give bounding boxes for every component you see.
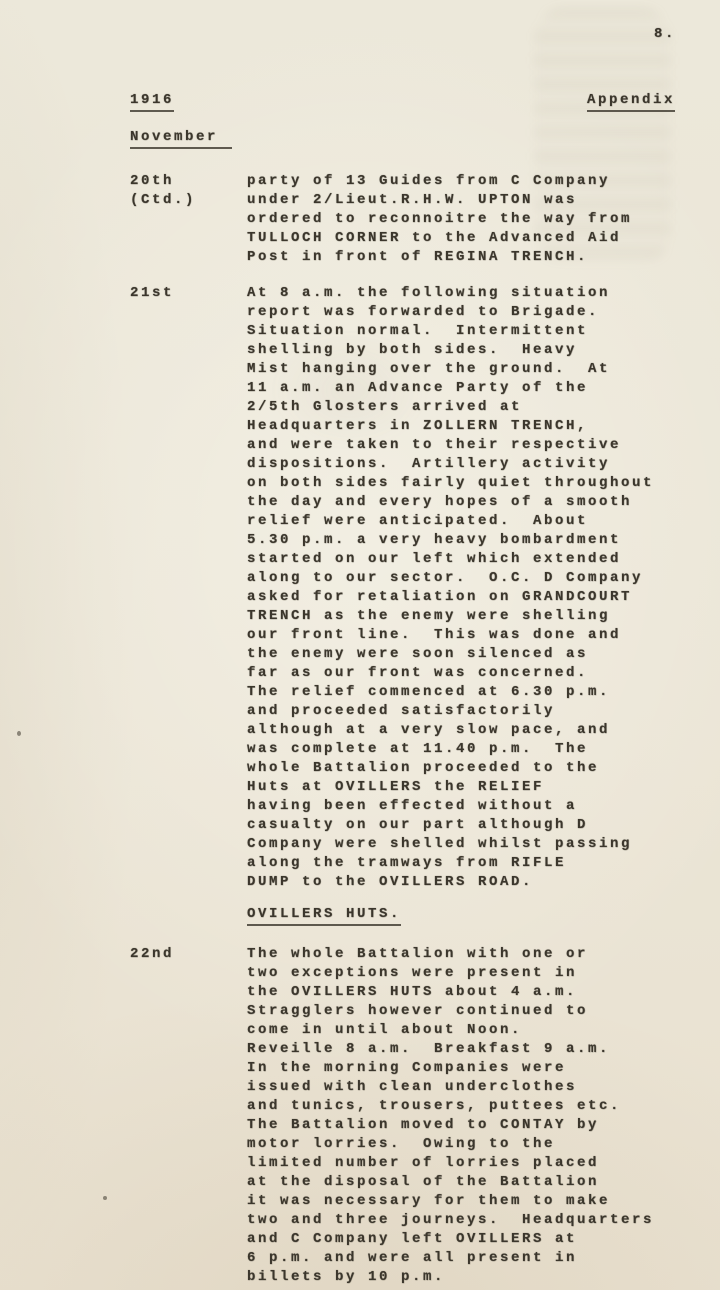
year-heading: 1916 bbox=[130, 92, 174, 112]
entry-text-line: Headquarters in ZOLLERN TRENCH, bbox=[247, 417, 675, 436]
page-content: 1916 Appendix November 20th(Ctd.) party … bbox=[130, 0, 675, 1287]
entry-body-column: At 8 a.m. the following situationreport … bbox=[247, 284, 675, 892]
entry-text-line: under 2/Lieut.R.H.W. UPTON was bbox=[247, 191, 675, 210]
entry-text-line: Reveille 8 a.m. Breakfast 9 a.m. bbox=[247, 1040, 675, 1059]
entry-text-line: 6 p.m. and were all present in bbox=[247, 1249, 675, 1268]
scanned-diary-page: 8. 1916 Appendix November 20th(Ctd.) par… bbox=[0, 0, 720, 1290]
entry-text-line: dispositions. Artillery activity bbox=[247, 455, 675, 474]
entry-text-line: The whole Battalion with one or bbox=[247, 945, 675, 964]
entry-text-line: our front line. This was done and bbox=[247, 626, 675, 645]
entry-text-line: 11 a.m. an Advance Party of the bbox=[247, 379, 675, 398]
entry-date-line: 22nd bbox=[130, 945, 247, 964]
entry-text-line: The Battalion moved to CONTAY by bbox=[247, 1116, 675, 1135]
entry-date-column: 20th(Ctd.) bbox=[130, 172, 247, 267]
location-subheading: OVILLERS HUTS. bbox=[247, 906, 401, 926]
entry-text-line: relief were anticipated. About bbox=[247, 512, 675, 531]
entry-date-line: 21st bbox=[130, 284, 247, 303]
entry-text-line: along to our sector. O.C. D Company bbox=[247, 569, 675, 588]
entry-text-line: ordered to reconnoitre the way from bbox=[247, 210, 675, 229]
subheading-row: OVILLERS HUTS. bbox=[130, 906, 675, 927]
entry-text-line: party of 13 Guides from C Company bbox=[247, 172, 675, 191]
entry-text-line: Company were shelled whilst passing bbox=[247, 835, 675, 854]
entry-text-line: asked for retaliation on GRANDCOURT bbox=[247, 588, 675, 607]
entry-text-line: and C Company left OVILLERS at bbox=[247, 1230, 675, 1249]
entry-text-line: shelling by both sides. Heavy bbox=[247, 341, 675, 360]
entry-text-line: billets by 10 p.m. bbox=[247, 1268, 675, 1287]
entry-text-line: issued with clean underclothes bbox=[247, 1078, 675, 1097]
diary-entries: 20th(Ctd.) party of 13 Guides from C Com… bbox=[130, 172, 675, 1287]
entry-text-line: two and three journeys. Headquarters bbox=[247, 1211, 675, 1230]
entry-date-line: 20th bbox=[130, 172, 247, 191]
entry-text-line: DUMP to the OVILLERS ROAD. bbox=[247, 873, 675, 892]
entry-text-line: on both sides fairly quiet throughout bbox=[247, 474, 675, 493]
entry-body-column: OVILLERS HUTS. bbox=[247, 906, 675, 927]
entry-body-column: The whole Battalion with one ortwo excep… bbox=[247, 945, 675, 1287]
entry-text-line: the enemy were soon silenced as bbox=[247, 645, 675, 664]
entry-text-line: started on our left which extended bbox=[247, 550, 675, 569]
entry-text-line: Stragglers however continued to bbox=[247, 1002, 675, 1021]
entry-text-line: report was forwarded to Brigade. bbox=[247, 303, 675, 322]
entry-text-line: the OVILLERS HUTS about 4 a.m. bbox=[247, 983, 675, 1002]
entry-date-column-empty bbox=[130, 906, 247, 927]
entry-text-line: In the morning Companies were bbox=[247, 1059, 675, 1078]
entry-text-line: and were taken to their respective bbox=[247, 436, 675, 455]
entry-date-line: (Ctd.) bbox=[130, 191, 247, 210]
entry-text-line: was complete at 11.40 p.m. The bbox=[247, 740, 675, 759]
month-heading: November bbox=[130, 129, 232, 149]
entry-text-line: along the tramways from RIFLE bbox=[247, 854, 675, 873]
entry-text-line: TULLOCH CORNER to the Advanced Aid bbox=[247, 229, 675, 248]
header-row: 1916 Appendix bbox=[130, 92, 675, 112]
entry-text-line: limited number of lorries placed bbox=[247, 1154, 675, 1173]
entry-text-line: TRENCH as the enemy were shelling bbox=[247, 607, 675, 626]
ink-speck bbox=[17, 731, 21, 736]
entry-text-line: whole Battalion proceeded to the bbox=[247, 759, 675, 778]
appendix-heading: Appendix bbox=[587, 92, 675, 112]
entry-text-line: far as our front was concerned. bbox=[247, 664, 675, 683]
entry-text-line: Situation normal. Intermittent bbox=[247, 322, 675, 341]
entry-text-line: 2/5th Glosters arrived at bbox=[247, 398, 675, 417]
diary-entry: 21st At 8 a.m. the following situationre… bbox=[130, 284, 675, 892]
entry-text-line: two exceptions were present in bbox=[247, 964, 675, 983]
entry-text-line: the day and every hopes of a smooth bbox=[247, 493, 675, 512]
month-row: November bbox=[130, 129, 675, 149]
entry-date-column: 21st bbox=[130, 284, 247, 892]
entry-text-line: motor lorries. Owing to the bbox=[247, 1135, 675, 1154]
entry-text-line: and proceeded satisfactorily bbox=[247, 702, 675, 721]
entry-text-line: having been effected without a bbox=[247, 797, 675, 816]
entry-text-line: at the disposal of the Battalion bbox=[247, 1173, 675, 1192]
entry-text-line: The relief commenced at 6.30 p.m. bbox=[247, 683, 675, 702]
entry-text-line: Post in front of REGINA TRENCH. bbox=[247, 248, 675, 267]
entry-text-line: come in until about Noon. bbox=[247, 1021, 675, 1040]
entry-text-line: and tunics, trousers, puttees etc. bbox=[247, 1097, 675, 1116]
entry-date-column: 22nd bbox=[130, 945, 247, 1287]
entry-text-line: although at a very slow pace, and bbox=[247, 721, 675, 740]
entry-text-line: casualty on our part although D bbox=[247, 816, 675, 835]
diary-entry: 20th(Ctd.) party of 13 Guides from C Com… bbox=[130, 172, 675, 267]
ink-speck bbox=[103, 1196, 107, 1200]
entry-body-column: party of 13 Guides from C Companyunder 2… bbox=[247, 172, 675, 267]
entry-text-line: Huts at OVILLERS the RELIEF bbox=[247, 778, 675, 797]
entry-text-line: 5.30 p.m. a very heavy bombardment bbox=[247, 531, 675, 550]
diary-entry: 22nd The whole Battalion with one ortwo … bbox=[130, 945, 675, 1287]
entry-text-line: Mist hanging over the ground. At bbox=[247, 360, 675, 379]
entry-text-line: it was necessary for them to make bbox=[247, 1192, 675, 1211]
entry-text-line: At 8 a.m. the following situation bbox=[247, 284, 675, 303]
